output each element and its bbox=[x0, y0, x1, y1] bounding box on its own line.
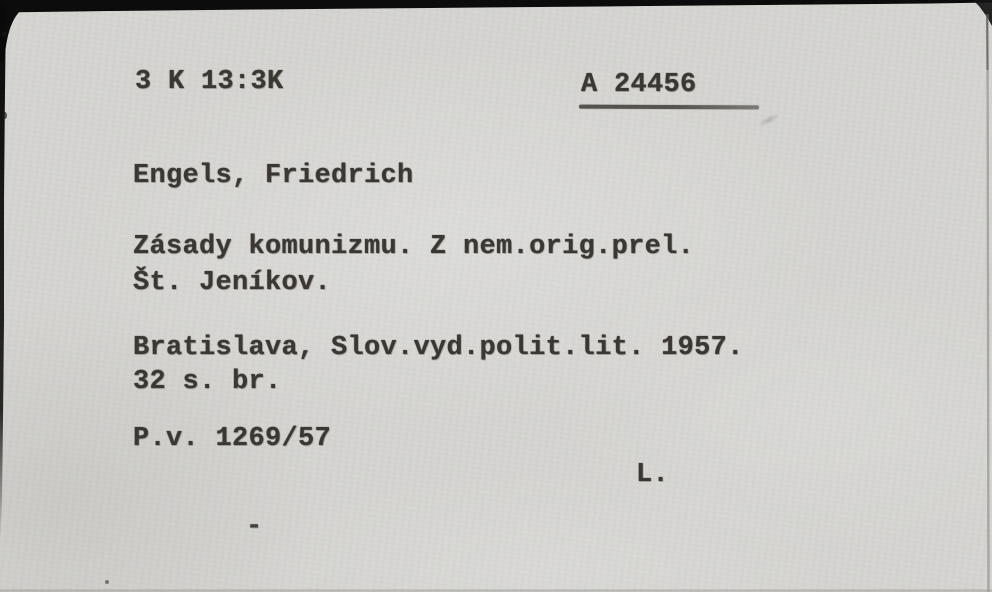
right-edge-line bbox=[988, 14, 989, 592]
catalog-card-scan: 3 K 13:3K A 24456 Engels, Friedrich Zása… bbox=[0, 0, 992, 592]
paper-speck bbox=[105, 580, 109, 584]
accession-underline bbox=[579, 105, 759, 110]
author-line: Engels, Friedrich bbox=[133, 163, 414, 190]
title-line-1: Zásady komunizmu. Z nem.orig.prel. bbox=[133, 234, 694, 261]
imprint-line-1: Bratislava, Slov.vyd.polit.lit. 1957. bbox=[133, 335, 744, 362]
title-line-2: Št. Jeníkov. bbox=[133, 270, 331, 297]
top-edge-strip bbox=[0, 0, 992, 13]
paper-speck bbox=[2, 31, 7, 37]
top-right-corner bbox=[973, 0, 992, 26]
imprint-line-2: 32 s. br. bbox=[133, 369, 282, 396]
paper-speck bbox=[3, 112, 7, 119]
cataloger-initial: L. bbox=[636, 462, 669, 489]
call-number: 3 K 13:3K bbox=[135, 69, 284, 96]
registration-number: P.v. 1269/57 bbox=[133, 426, 331, 453]
accession-number: A 24456 bbox=[581, 72, 697, 99]
pencil-smudge bbox=[750, 105, 788, 135]
left-edge-strip bbox=[0, 0, 6, 545]
right-edge-line-dark bbox=[987, 14, 988, 70]
stray-mark: - bbox=[246, 514, 263, 541]
